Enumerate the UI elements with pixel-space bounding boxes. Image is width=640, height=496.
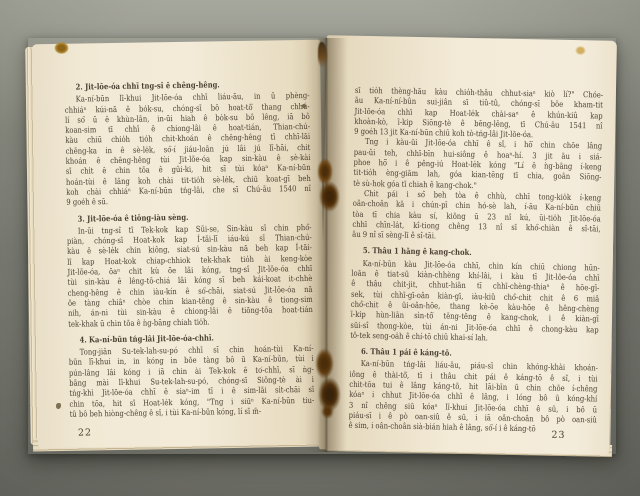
left-page: 2. Jit-lōe-óa chhī tng-sî ê chêng-hêng. …	[32, 40, 326, 448]
small-speck-near-gutter	[302, 104, 306, 108]
right-page-text-column: sī tio̍h thèng-hāu kàu chio̍h-thâu chhut…	[348, 86, 603, 436]
page-number-left: 22	[78, 427, 92, 438]
foxing-stain-top-left-corner	[52, 40, 71, 56]
book-scan-photo: 2. Jit-lōe-óa chhī tng-sî ê chêng-hêng. …	[0, 0, 640, 496]
section-heading: 6. Thâu 1 pái ê káng-tō.	[350, 346, 598, 361]
left-page-text-column: 2. Jit-lōe-óa chhī tng-sî ê chêng-hêng. …	[64, 73, 314, 420]
right-page: sī tio̍h thèng-hāu kàu chio̍h-thâu chhut…	[319, 35, 617, 454]
section-heading: 2. Jit-lōe-óa chhī tng-sî ê chêng-hêng.	[64, 78, 309, 92]
foxing-stain-top-right-corner	[573, 44, 588, 57]
gutter-stain-b3	[321, 404, 334, 419]
section-heading: 4. Ka-ní-būn tńg-lâi Jit-lōe-óa-chhī.	[68, 331, 313, 345]
page-number-right: 23	[551, 430, 565, 441]
gutter-stain-top	[318, 42, 327, 68]
section-heading: 3. Jit-lōe-óa ê tiōng-iàu sèng.	[67, 209, 312, 223]
gutter-stain-a2	[319, 181, 340, 212]
section-heading: 5. Thâu 1 hāng ê kang-chok.	[352, 245, 600, 260]
